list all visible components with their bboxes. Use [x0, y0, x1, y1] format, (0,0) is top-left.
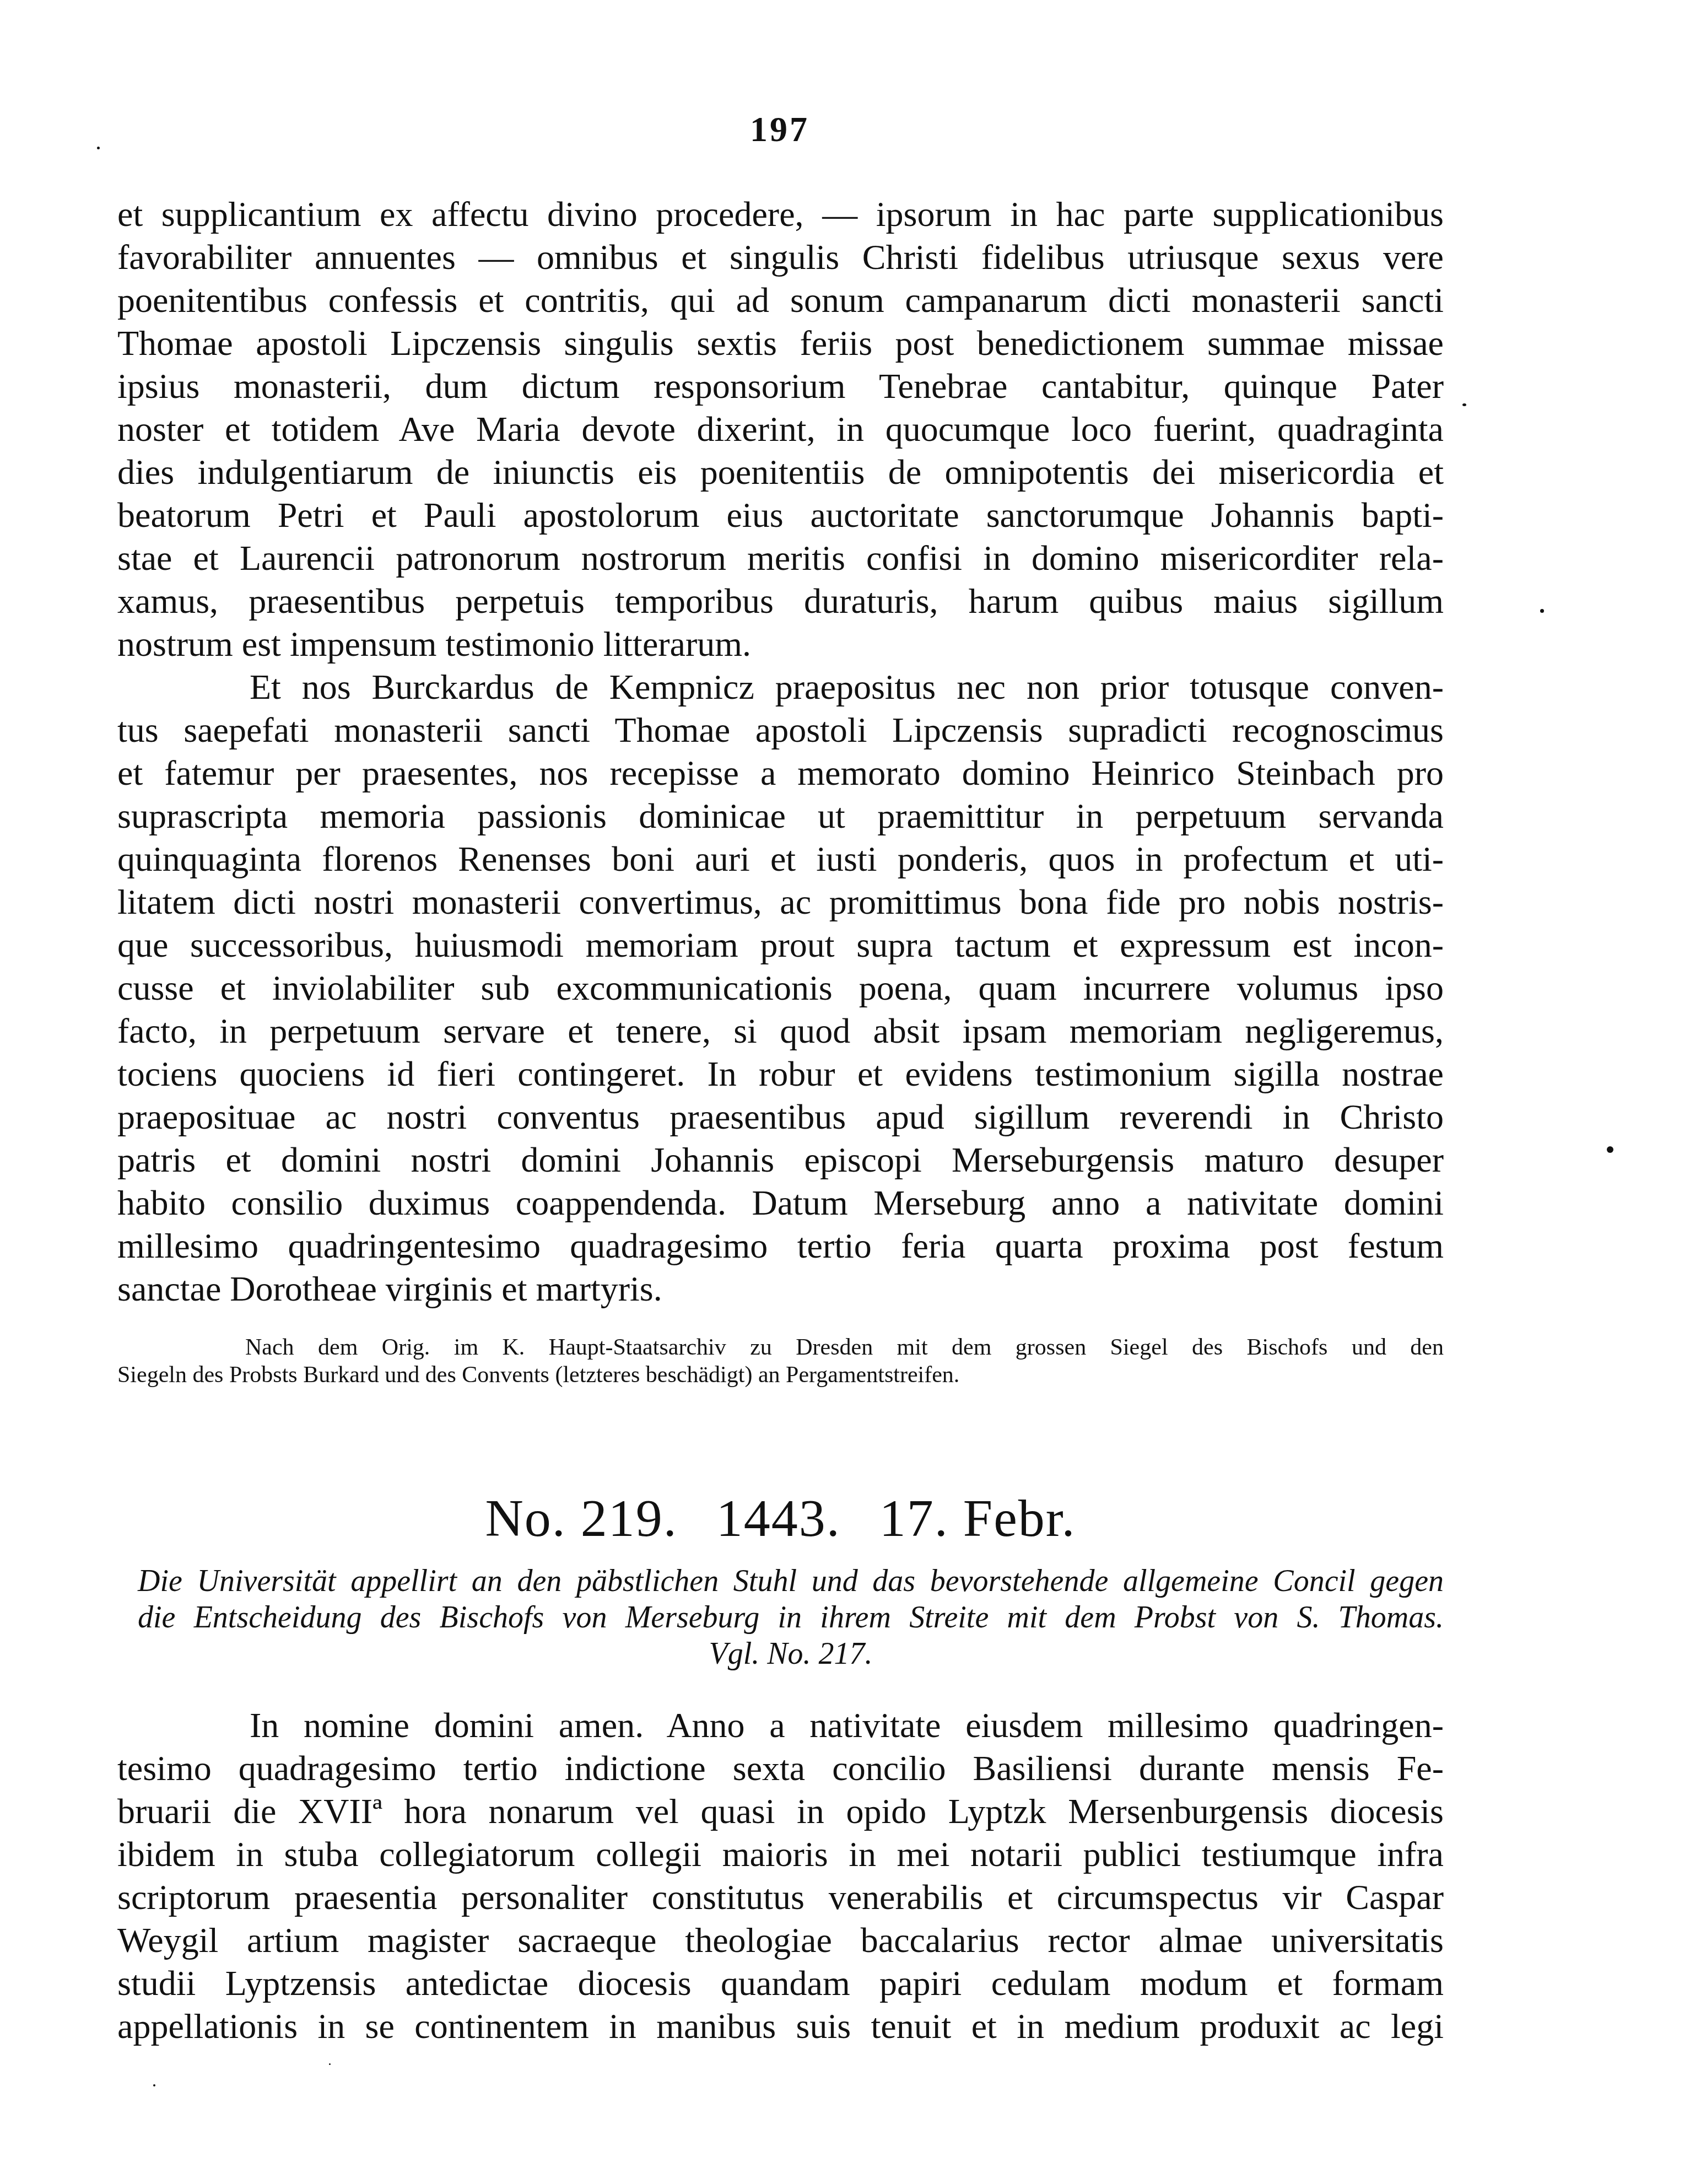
- scan-speck: [1607, 1146, 1613, 1153]
- document-date: 17. Febr.: [879, 1489, 1076, 1547]
- text-line: tociens quociens id fieri contingeret. I…: [117, 1053, 1444, 1096]
- text-line: habito consilio duximus coappendenda. Da…: [117, 1182, 1444, 1225]
- document-number: No. 219.: [485, 1489, 678, 1547]
- summary-line: Die Universität appellirt an den päbstli…: [138, 1563, 1444, 1599]
- text-line: stae et Laurencii patronorum nostrorum m…: [117, 537, 1444, 580]
- scan-speck: [329, 2063, 331, 2065]
- text-line: noster et totidem Ave Maria devote dixer…: [117, 408, 1444, 451]
- text-line: Weygil artium magister sacraeque theolog…: [117, 1919, 1444, 1962]
- text-line: sanctae Dorotheae virginis et martyris.: [117, 1268, 1444, 1311]
- scan-speck: [97, 147, 100, 149]
- text-line: praeposituae ac nostri conventus praesen…: [117, 1096, 1444, 1139]
- text-line: appellationis in se continentem in manib…: [117, 2005, 1444, 2048]
- document-heading: No. 219. 1443. 17. Febr.: [117, 1488, 1444, 1549]
- continuation-text: et supplicantium ex affectu divino proce…: [117, 193, 1444, 1311]
- text-line: Et nos Burckardus de Kempnicz praepositu…: [117, 666, 1444, 709]
- document-body: In nomine domini amen. Anno a nativitate…: [117, 1704, 1444, 2048]
- text-line: et supplicantium ex affectu divino proce…: [117, 193, 1444, 236]
- text-line: cusse et inviolabiliter sub excommunicat…: [117, 967, 1444, 1010]
- text-line: patris et domini nostri domini Johannis …: [117, 1139, 1444, 1182]
- text-line: Thomae apostoli Lipczensis singulis sext…: [117, 322, 1444, 365]
- text-line: In nomine domini amen. Anno a nativitate…: [117, 1704, 1444, 1747]
- text-line: studii Lyptzensis antedictae diocesis qu…: [117, 1962, 1444, 2005]
- scan-speck: [153, 2084, 155, 2086]
- text-line: bruarii die XVIIª hora nonarum vel quasi…: [117, 1790, 1444, 1833]
- document-summary: Die Universität appellirt an den päbstli…: [138, 1563, 1444, 1672]
- text-line: favorabiliter annuentes — omnibus et sin…: [117, 236, 1444, 279]
- document-year: 1443.: [716, 1489, 841, 1547]
- text-line: tesimo quadragesimo tertio indictione se…: [117, 1747, 1444, 1790]
- text-line: xamus, praesentibus perpetuis temporibus…: [117, 580, 1444, 623]
- text-line: scriptorum praesentia personaliter const…: [117, 1876, 1444, 1919]
- text-line: nostrum est impensum testimonio litterar…: [117, 623, 1444, 666]
- text-line: millesimo quadringentesimo quadragesimo …: [117, 1225, 1444, 1268]
- scan-speck: [1462, 403, 1466, 406]
- text-line: litatem dicti nostri monasterii converti…: [117, 881, 1444, 924]
- text-line: facto, in perpetuum servare et tenere, s…: [117, 1010, 1444, 1053]
- text-line: ibidem in stuba collegiatorum collegii m…: [117, 1833, 1444, 1876]
- text-line: poenitentibus confessis et contritis, qu…: [117, 279, 1444, 322]
- cross-reference: Vgl. No. 217.: [138, 1636, 1444, 1672]
- text-line: que successoribus, huiusmodi memoriam pr…: [117, 924, 1444, 967]
- text-line: et fatemur per praesentes, nos recepisse…: [117, 752, 1444, 795]
- text-line: quinquaginta florenos Renenses boni auri…: [117, 838, 1444, 881]
- text-line: suprascripta memoria passionis dominicae…: [117, 795, 1444, 838]
- page-number: 197: [716, 110, 843, 149]
- source-note-line: Nach dem Orig. im K. Haupt-Staatsarchiv …: [117, 1334, 1444, 1361]
- text-line: beatorum Petri et Pauli apostolorum eius…: [117, 494, 1444, 537]
- summary-line: die Entscheidung des Bischofs von Merseb…: [138, 1599, 1444, 1636]
- source-note-line: Siegeln des Probsts Burkard und des Conv…: [117, 1361, 1444, 1389]
- text-line: tus saepefati monasterii sancti Thomae a…: [117, 709, 1444, 752]
- document-page: 197 et supplicantium ex affectu divino p…: [0, 0, 1690, 2184]
- source-note: Nach dem Orig. im K. Haupt-Staatsarchiv …: [117, 1334, 1444, 1389]
- text-line: ipsius monasterii, dum dictum responsori…: [117, 365, 1444, 408]
- text-line: dies indulgentiarum de iniunctis eis poe…: [117, 451, 1444, 494]
- scan-speck: [1540, 609, 1544, 613]
